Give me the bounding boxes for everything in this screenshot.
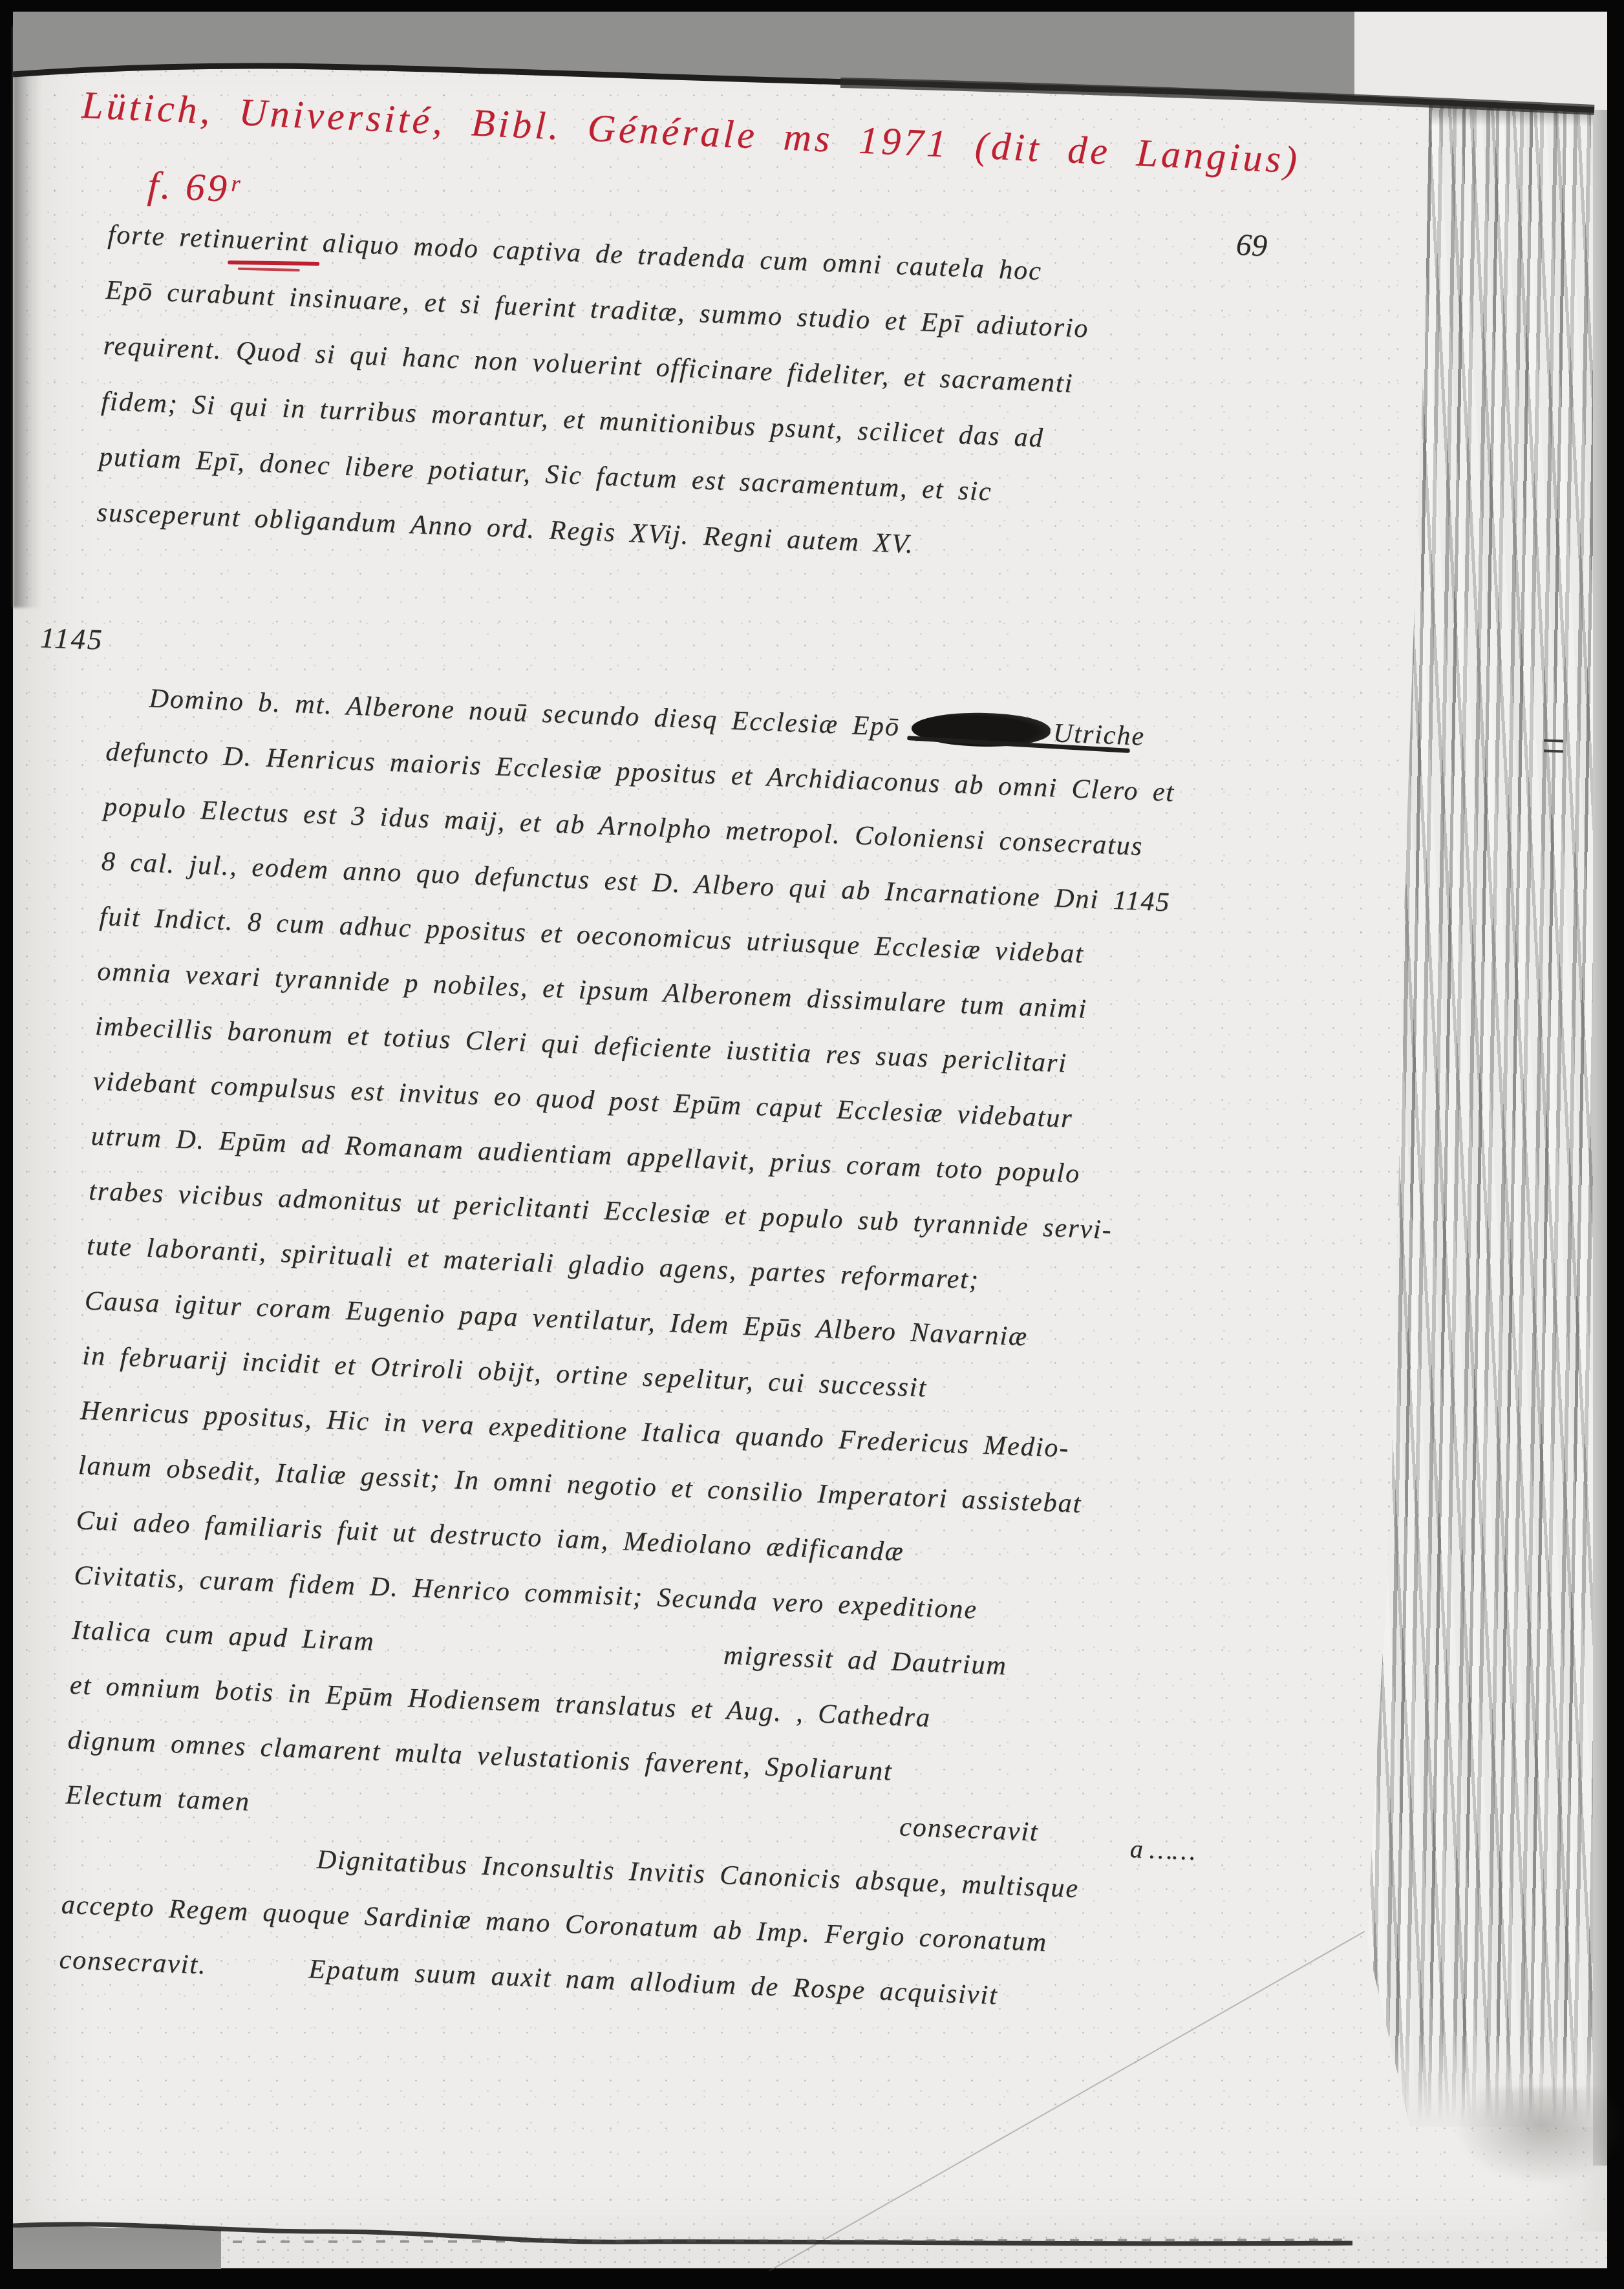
- line-text: forte: [107, 220, 180, 252]
- line-gap: [250, 1811, 899, 1836]
- edge-marks: [1544, 740, 1563, 760]
- ink-blot-word: Utriche: [911, 713, 1146, 752]
- bottom-left-backdrop: [13, 2224, 221, 2269]
- scan-frame: Lütich, Université, Bibl. Générale ms 19…: [0, 0, 1624, 2289]
- right-margin-fragment: a ……: [1129, 1833, 1196, 1866]
- line-text: consecravit.: [59, 1945, 208, 1981]
- underlying-page-strip: [13, 2231, 1607, 2268]
- paragraph-2: Domino b. mt. Alberone nouū secundo dies…: [58, 676, 1272, 2039]
- line-text: Electum tamen: [65, 1780, 251, 1817]
- line-gap: [206, 1974, 308, 1977]
- right-edge-strip: [1593, 97, 1607, 2166]
- line-text: Italica cum apud Liram: [71, 1615, 375, 1657]
- line-gap: [374, 1650, 723, 1664]
- line-text: migressit ad Dautrium: [723, 1641, 1007, 1681]
- paragraph-1: forte retinuerint aliquo modo captiva de…: [96, 214, 1246, 592]
- page-number: 69: [1235, 227, 1268, 264]
- library-annotation-folio: f. 69ʳ: [147, 163, 242, 211]
- fold-shadow: [1455, 2088, 1624, 2185]
- margin-year-1145: 1145: [39, 621, 104, 656]
- left-margin-shadow: [13, 26, 41, 608]
- ink-blot: [912, 712, 1051, 747]
- line-text: consecravit: [899, 1812, 1039, 1847]
- red-underlined-word: retinuerint: [179, 222, 310, 257]
- line-text: Utriche: [1052, 718, 1146, 751]
